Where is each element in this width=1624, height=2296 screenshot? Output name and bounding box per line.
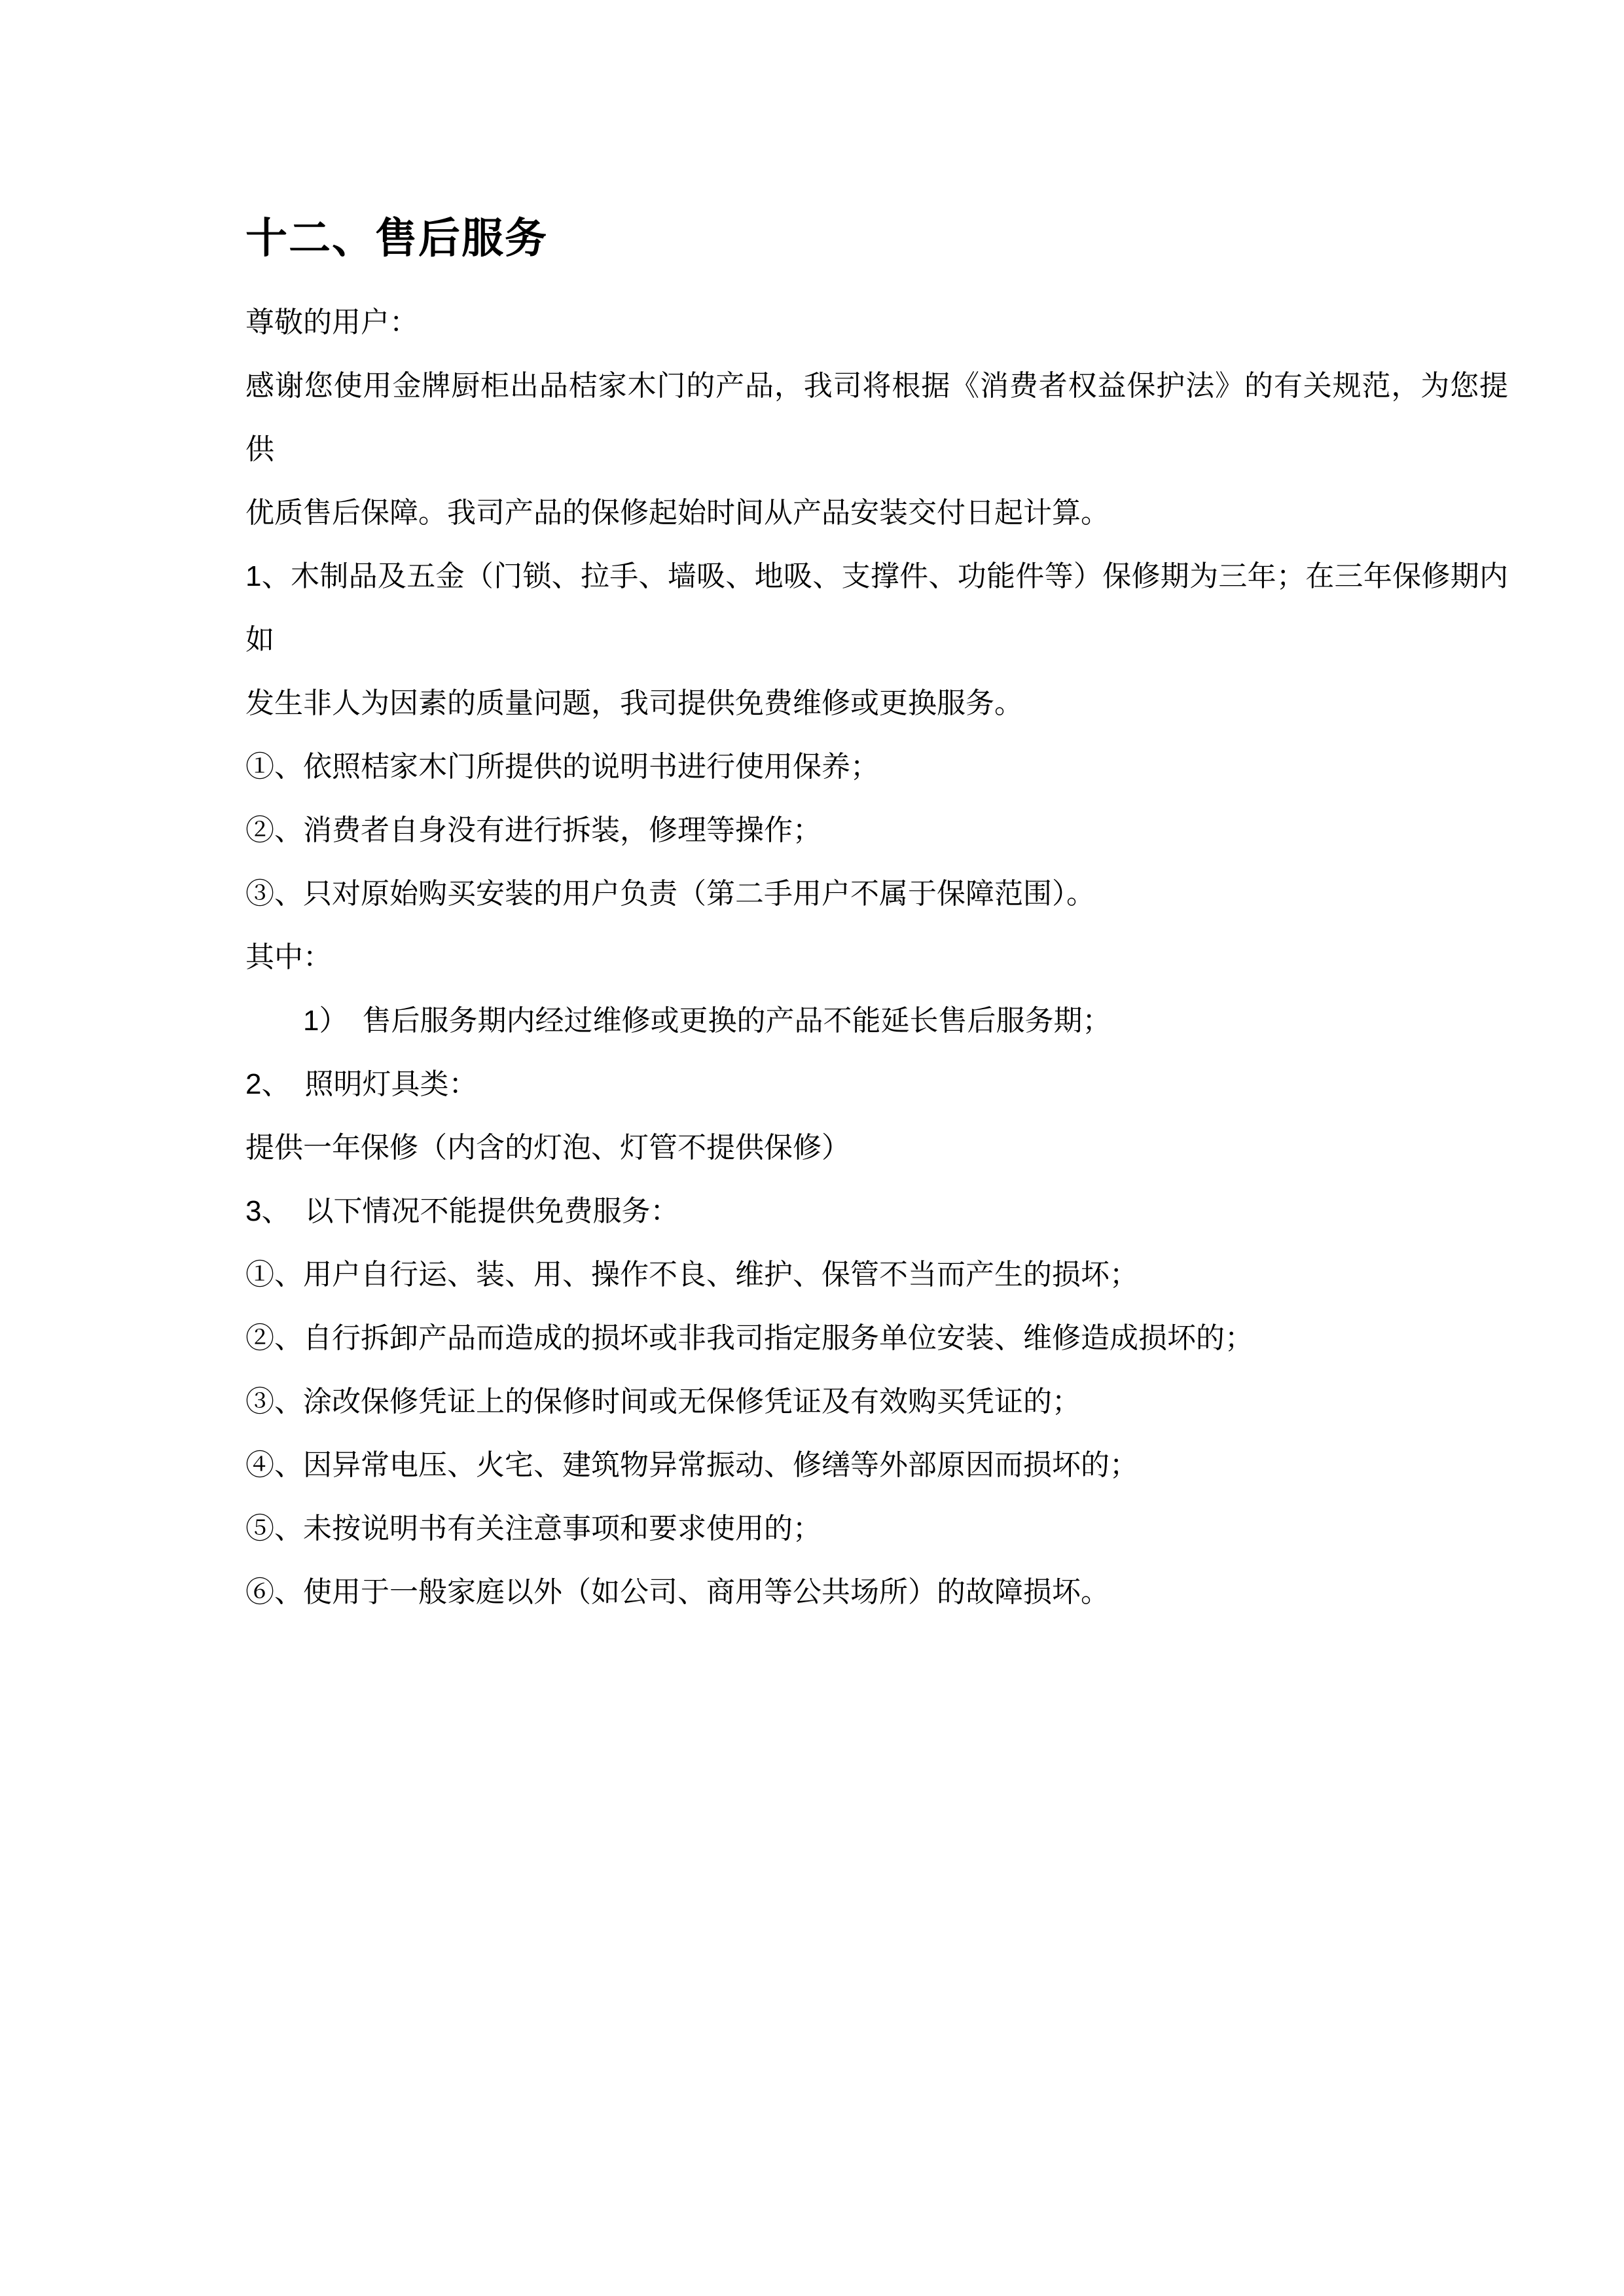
text-line-16: ③、涂改保修凭证上的保修时间或无保修凭证及有效购买凭证的； — [245, 1370, 1508, 1433]
text-line-12: 提供一年保修（内含的灯泡、灯管不提供保修） — [245, 1116, 1508, 1179]
text-line-6: ①、依照桔家木门所提供的说明书进行使用保养； — [245, 735, 1508, 798]
text-line-10: 1） 售后服务期内经过维修或更换的产品不能延长售后服务期； — [245, 989, 1508, 1052]
text-line-7: ②、消费者自身没有进行拆装，修理等操作； — [245, 798, 1508, 862]
document-body: 尊敬的用户：感谢您使用金牌厨柜出品桔家木门的产品，我司将根据《消费者权益保护法》… — [245, 291, 1508, 1624]
text-line-8: ③、只对原始购买安装的用户负责（第二手用户不属于保障范围）。 — [245, 862, 1508, 925]
text-line-18: ⑤、未按说明书有关注意事项和要求使用的； — [245, 1497, 1508, 1560]
text-line-13: 3、 以下情况不能提供免费服务： — [245, 1179, 1508, 1243]
text-line-1: 尊敬的用户： — [245, 291, 1508, 354]
document-page: 十二、售后服务 尊敬的用户：感谢您使用金牌厨柜出品桔家木门的产品，我司将根据《消… — [0, 0, 1624, 2296]
text-line-15: ②、自行拆卸产品而造成的损坏或非我司指定服务单位安装、维修造成损坏的； — [245, 1306, 1508, 1370]
text-line-5: 发生非人为因素的质量问题，我司提供免费维修或更换服务。 — [245, 672, 1508, 735]
text-line-11: 2、 照明灯具类： — [245, 1052, 1508, 1116]
text-line-9: 其中： — [245, 925, 1508, 989]
section-title: 十二、售后服务 — [245, 217, 1508, 259]
text-line-2: 感谢您使用金牌厨柜出品桔家木门的产品，我司将根据《消费者权益保护法》的有关规范，… — [245, 354, 1508, 481]
text-line-3: 优质售后保障。我司产品的保修起始时间从产品安装交付日起计算。 — [245, 481, 1508, 545]
text-line-4: 1、木制品及五金（门锁、拉手、墙吸、地吸、支撑件、功能件等）保修期为三年；在三年… — [245, 545, 1508, 672]
text-line-14: ①、用户自行运、装、用、操作不良、维护、保管不当而产生的损坏； — [245, 1243, 1508, 1306]
text-line-17: ④、因异常电压、火宅、建筑物异常振动、修缮等外部原因而损坏的； — [245, 1433, 1508, 1497]
text-line-19: ⑥、使用于一般家庭以外（如公司、商用等公共场所）的故障损坏。 — [245, 1560, 1508, 1624]
